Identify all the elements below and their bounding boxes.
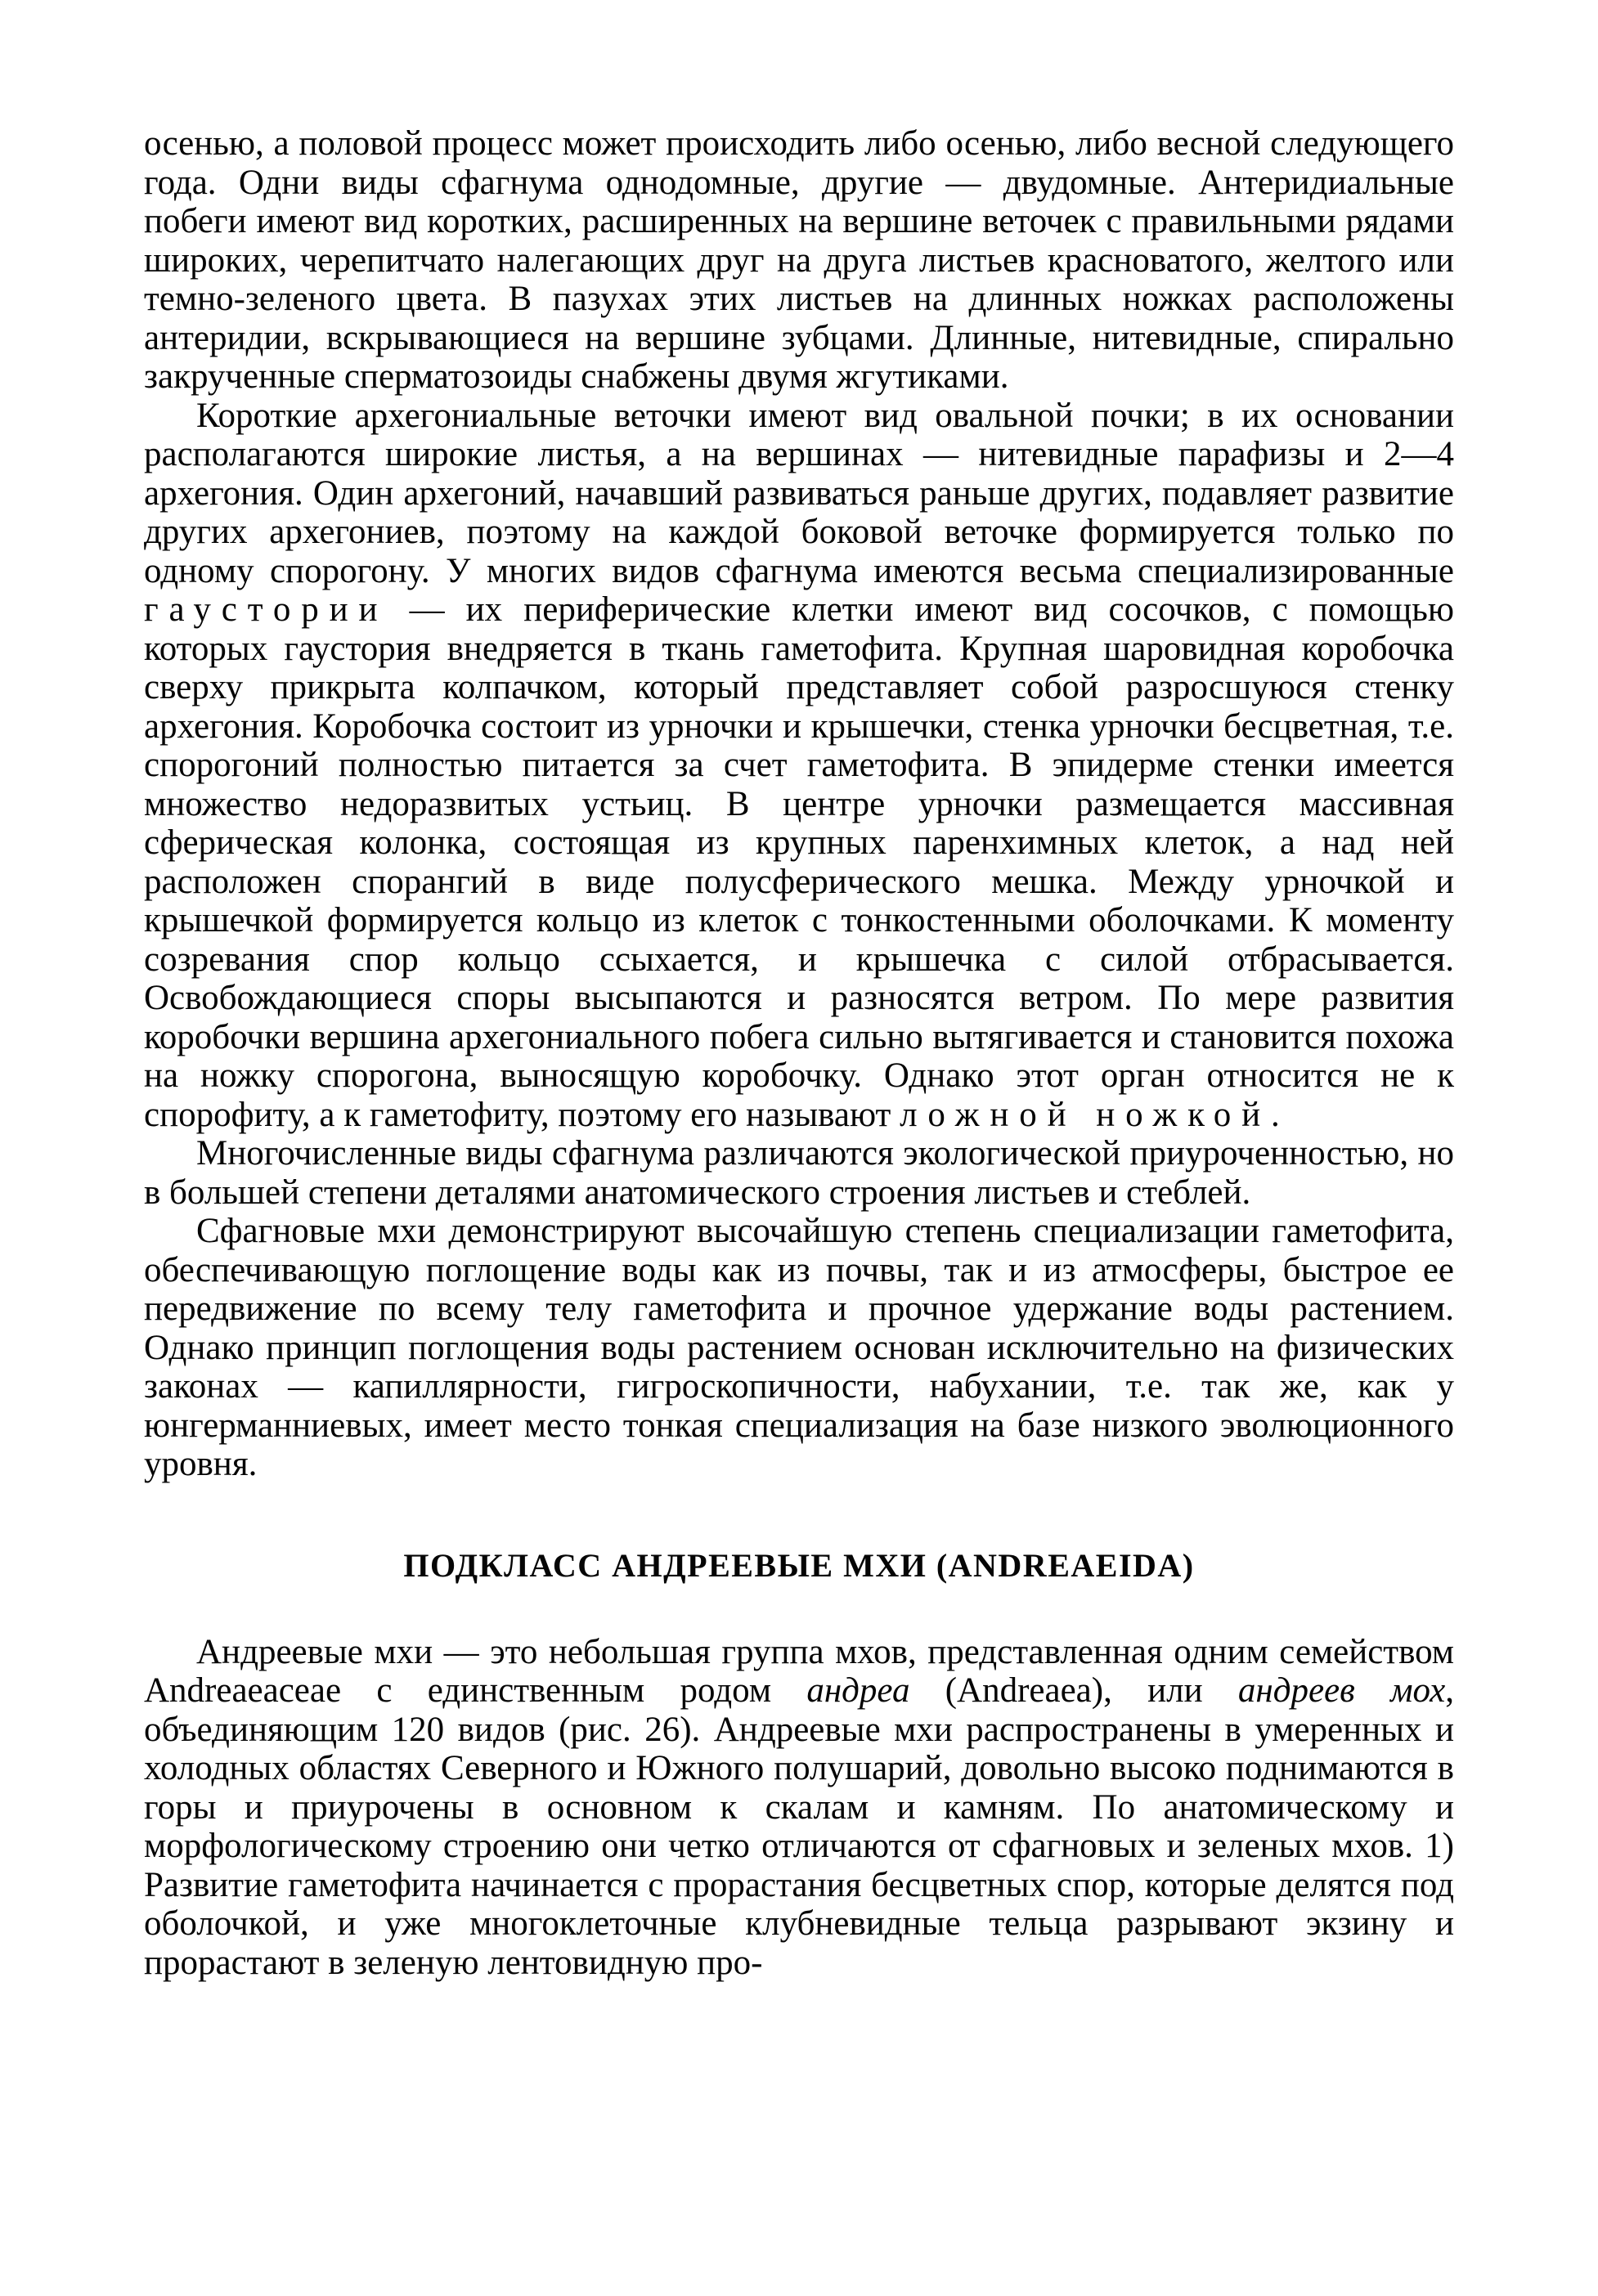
- paragraph: Сфагновые мхи демонстрируют высочайшую с…: [144, 1212, 1454, 1484]
- text-run: , объединяющим 120 видов (рис. 26). Андр…: [144, 1671, 1454, 1982]
- book-page: осенью, а половой процесс может происход…: [0, 0, 1598, 2296]
- paragraph: Многочисленные виды сфагнума различаются…: [144, 1134, 1454, 1212]
- text-run: (Andreaea), или: [909, 1671, 1237, 1710]
- text-run: Короткие архегониальные веточки имеют ви…: [144, 397, 1454, 590]
- paragraph: Андреевые мхи — это небольшая группа мхо…: [144, 1633, 1454, 1983]
- italic-term: андреев мох: [1238, 1671, 1445, 1710]
- paragraph: осенью, а половой процесс может происход…: [144, 124, 1454, 397]
- text-column: осенью, а половой процесс может происход…: [144, 124, 1454, 1982]
- spaced-term: гаустории: [144, 590, 388, 629]
- text-run: .: [1271, 1096, 1280, 1134]
- paragraph: Короткие архегониальные веточки имеют ви…: [144, 397, 1454, 1135]
- text-run: Сфагновые мхи демонстрируют высочайшую с…: [144, 1212, 1454, 1483]
- text-run: осенью, а половой процесс может происход…: [144, 124, 1454, 396]
- italic-term: андреа: [806, 1671, 909, 1710]
- section-heading: ПОДКЛАСС АНДРЕЕВЫЕ МХИ (ANDREAEIDA): [144, 1546, 1454, 1585]
- text-run: — их периферические клетки имеют вид сос…: [144, 590, 1454, 1134]
- spaced-term: ложной ножкой: [900, 1096, 1271, 1134]
- text-run: Многочисленные виды сфагнума различаются…: [144, 1134, 1454, 1212]
